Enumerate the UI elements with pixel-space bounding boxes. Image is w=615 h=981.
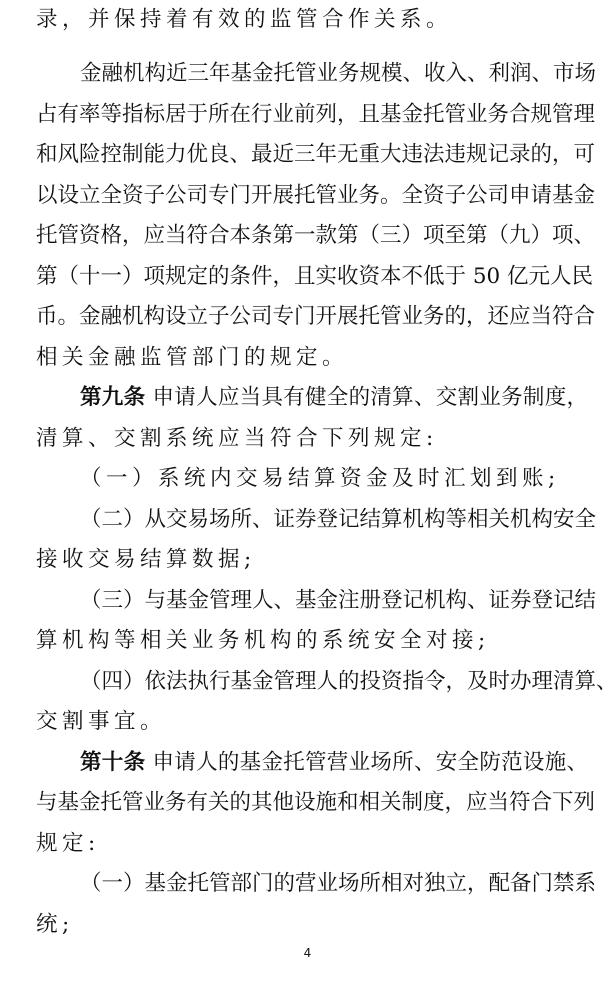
article-number: 第十条	[80, 750, 145, 775]
article-number: 第九条	[80, 385, 145, 410]
text-line: 金融机构近三年基金托管业务规模、收入、利润、市场	[36, 54, 588, 94]
list-item: （三）与基金管理人、基金注册登记机构、证券登记结	[36, 581, 588, 621]
list-item: （四）依法执行基金管理人的投资指令，及时办理清算、	[36, 662, 588, 702]
text-line: 录，并保持着有效的监管合作关系。	[36, 0, 588, 40]
list-item: （一）系统内交易结算资金及时汇划到账;	[36, 459, 588, 499]
text-line: 规定:	[36, 824, 588, 864]
article-text: 申请人的基金托管营业场所、安全防范设施、	[145, 750, 588, 775]
text-line: 算机构等相关业务机构的系统安全对接;	[36, 621, 588, 661]
text-line: 第（十一）项规定的条件，且实收资本不低于 50 亿元人民	[36, 257, 588, 297]
article-heading-line: 第九条 申请人应当具有健全的清算、交割业务制度，	[36, 378, 588, 418]
text-line: 相关金融监管部门的规定。	[36, 338, 588, 378]
list-item: （二）从交易场所、证券登记结算机构等相关机构安全	[36, 500, 588, 540]
text-line: 接收交易结算数据;	[36, 540, 588, 580]
article-text: 申请人应当具有健全的清算、交割业务制度，	[145, 385, 588, 410]
list-item: （一）基金托管部门的营业场所相对独立，配备门禁系	[36, 864, 588, 904]
text-line: 统;	[36, 905, 588, 945]
text-line: 和风险控制能力优良、最近三年无重大违法违规记录的，可	[36, 135, 588, 175]
article-heading-line: 第十条 申请人的基金托管营业场所、安全防范设施、	[36, 743, 588, 783]
text-line: 币。金融机构设立子公司专门开展托管业务的，还应当符合	[36, 297, 588, 337]
text-line: 交割事宜。	[36, 702, 588, 742]
text-line: 与基金托管业务有关的其他设施和相关制度，应当符合下列	[36, 783, 588, 823]
text-line: 以设立全资子公司专门开展托管业务。全资子公司申请基金	[36, 176, 588, 216]
page-number: 4	[0, 946, 615, 960]
text-line: 占有率等指标居于所在行业前列，且基金托管业务合规管理	[36, 95, 588, 135]
text-line: 清算、交割系统应当符合下列规定:	[36, 419, 588, 459]
text-line: 托管资格，应当符合本条第一款第（三）项至第（九）项、	[36, 216, 588, 256]
